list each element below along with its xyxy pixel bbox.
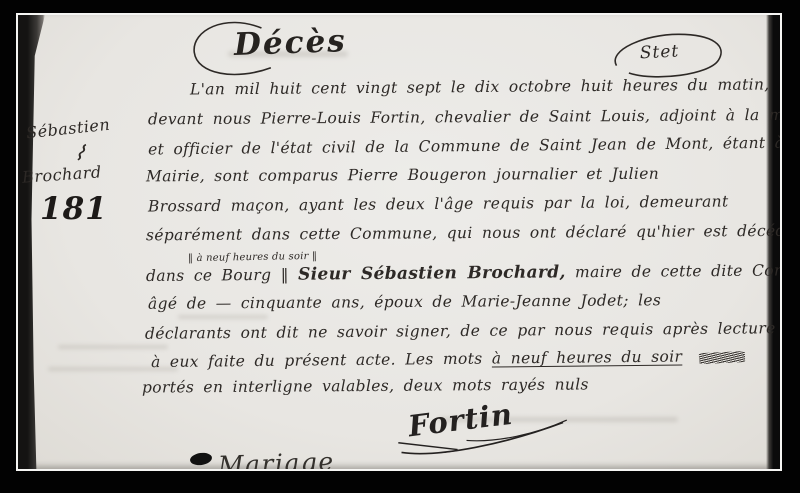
- act-line-6: séparément dans cette Commune, qui nous …: [146, 222, 780, 245]
- act-line-4: Mairie, sont comparus Pierre Bougeron jo…: [146, 165, 659, 186]
- act-line-7-post: maire de cette dite Commune: [575, 261, 780, 281]
- act-line-2: devant nous Pierre-Louis Fortin, chevali…: [148, 106, 780, 129]
- margin-entry-number: 181: [40, 191, 108, 227]
- act-line-1: L'an mil huit cent vingt sept le dix oct…: [190, 75, 770, 98]
- margin-deceased-surname: Brochard: [21, 162, 102, 187]
- stet-text: Stet: [639, 41, 679, 63]
- officer-signature-text: Fortin: [406, 397, 514, 444]
- margin-deceased-firstname: Sébastien: [25, 115, 111, 143]
- bleedthrough-smudge: [178, 315, 268, 319]
- ink-blot: [189, 452, 212, 467]
- act-line-7: dans ce Bourg ‖ Sieur Sébastien Brochard…: [146, 260, 780, 286]
- struck-out-words: [698, 351, 744, 364]
- act-line-11: portés en interligne valables, deux mots…: [142, 375, 589, 396]
- photo-frame: Décès Stet Sébastien ⌇ Brochard 181 L'an…: [16, 13, 782, 471]
- act-line-10: à eux faite du présent acte. Les mots à …: [151, 347, 745, 371]
- next-section-heading: Mariage: [218, 447, 336, 469]
- act-line-8: âgé de — cinquante ans, époux de Marie-J…: [148, 291, 661, 313]
- bleedthrough-smudge: [58, 345, 168, 349]
- act-line-9: déclarants ont dit ne savoir signer, de …: [145, 319, 776, 343]
- act-line-10-underlined: à neuf heures du soir: [492, 348, 683, 368]
- book-gutter-shadow: [18, 15, 45, 469]
- officer-signature: Fortin: [406, 397, 514, 444]
- act-line-7-pre: dans ce Bourg ‖: [146, 266, 289, 285]
- act-line-3: et officier de l'état civil de la Commun…: [148, 134, 780, 159]
- archival-death-record-photo: Décès Stet Sébastien ⌇ Brochard 181 L'an…: [0, 0, 800, 493]
- deceased-name: Sieur Sébastien Brochard,: [298, 262, 566, 284]
- act-line-10-pre: à eux faite du présent acte. Les mots: [151, 350, 483, 371]
- page-title-text: Décès: [233, 23, 347, 63]
- act-line-5: Brossard maçon, ayant les deux l'âge req…: [148, 192, 729, 215]
- interline-insertion-note: ‖ à neuf heures du soir ‖: [188, 251, 317, 264]
- page-title: Décès: [233, 23, 347, 63]
- register-page-scan: Décès Stet Sébastien ⌇ Brochard 181 L'an…: [18, 15, 780, 469]
